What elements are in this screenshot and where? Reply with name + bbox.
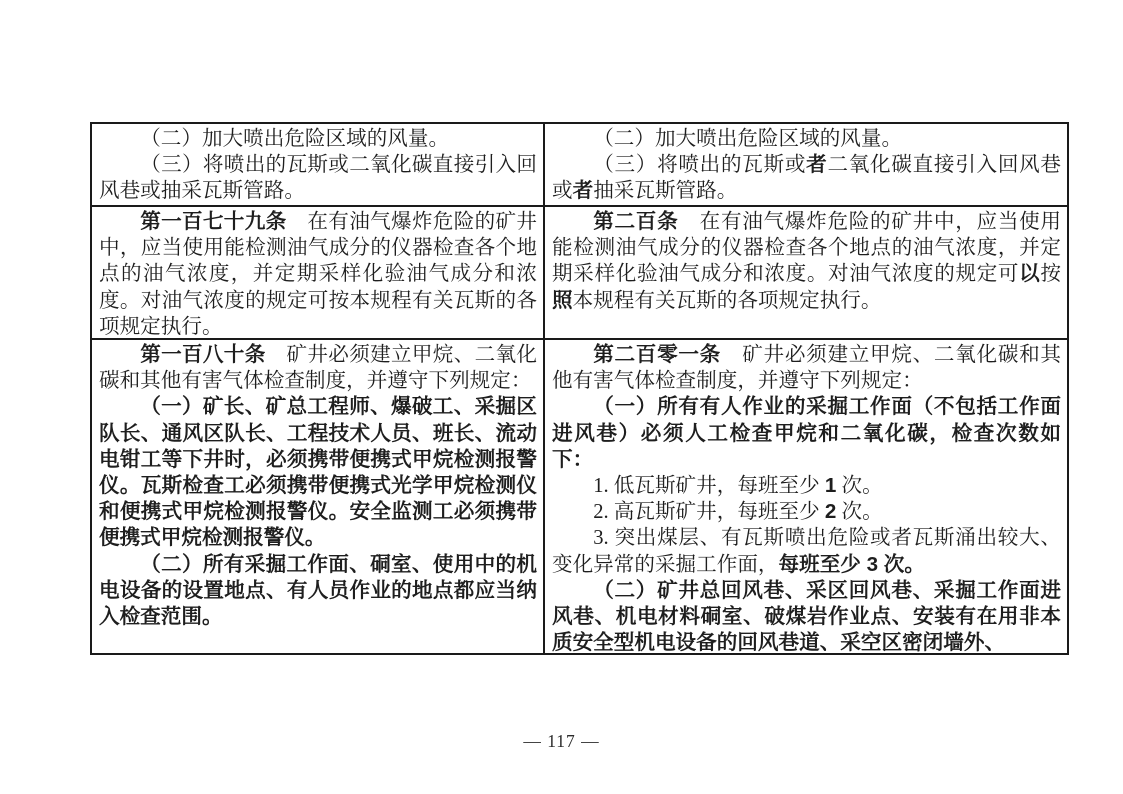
cell-content: （二）加大喷出危险区域的风量。（三）将喷出的瓦斯或者二氧化碳直接引入回风巷或者抽… [552,126,1061,205]
paragraph: 第一百八十条 矿井必须建立甲烷、二氧化碳和其他有害气体检查制度，并遵守下列规定： [99,342,537,394]
emphasized-text: 第二百条 [593,210,678,233]
emphasized-text: （一）所有有人作业的采掘工作面（不包括工作面进风巷）必须人工检查甲烷和二氧化碳，… [552,395,1061,470]
body-text: （二）加大喷出危险区域的风量。 [593,128,902,150]
table-row: （二）加大喷出危险区域的风量。（三）将喷出的瓦斯或二氧化碳直接引入回风巷或抽采瓦… [91,123,1068,206]
emphasized-text: 者 [573,179,594,202]
document-page: （二）加大喷出危险区域的风量。（三）将喷出的瓦斯或二氧化碳直接引入回风巷或抽采瓦… [0,0,1123,794]
table-row: 第一百七十九条 在有油气爆炸危险的矿井中，应当使用能检测油气成分的仪器检查各个地… [91,206,1068,339]
body-text: （二）加大喷出危险区域的风量。 [140,128,449,150]
emphasized-text: 第一百八十条 [140,343,265,366]
paragraph: 2. 高瓦斯矿井，每班至少 2 次。 [552,499,1061,525]
paragraph: 第二百条 在有油气爆炸危险的矿井中，应当使用能检测油气成分的仪器检查各个地点的油… [552,209,1061,314]
emphasized-text: 2 [825,500,836,523]
emphasized-text: 以 [1019,262,1040,285]
emphasized-text: （二）所有采掘工作面、硐室、使用中的机电设备的设置地点、有人员作业的地点都应当纳… [99,553,537,628]
cell-row2-right: 第二百条 在有油气爆炸危险的矿井中，应当使用能检测油气成分的仪器检查各个地点的油… [544,206,1068,339]
emphasized-text: 1 [825,474,836,497]
body-text: （三）将喷出的瓦斯或 [593,154,806,176]
cell-content: 第二百条 在有油气爆炸危险的矿井中，应当使用能检测油气成分的仪器检查各个地点的油… [552,209,1061,338]
emphasized-text: 第二百零一条 [593,343,721,366]
cell-content: 第一百八十条 矿井必须建立甲烷、二氧化碳和其他有害气体检查制度，并遵守下列规定：… [99,342,537,653]
paragraph: （二）加大喷出危险区域的风量。 [99,126,537,152]
emphasized-text: （一）矿长、矿总工程师、爆破工、采掘区队长、通风区队长、工程技术人员、班长、流动… [99,395,537,549]
paragraph: （三）将喷出的瓦斯或二氧化碳直接引入回风巷或抽采瓦斯管路。 [99,152,537,204]
emphasized-text: 者 [806,153,827,176]
cell-content: 第一百七十九条 在有油气爆炸危险的矿井中，应当使用能检测油气成分的仪器检查各个地… [99,209,537,338]
emphasized-text: 第一百七十九条 [140,210,286,233]
body-text: 次。 [836,501,882,523]
paragraph: 1. 低瓦斯矿井，每班至少 1 次。 [552,473,1061,499]
paragraph: （三）将喷出的瓦斯或者二氧化碳直接引入回风巷或者抽采瓦斯管路。 [552,152,1061,204]
paragraph: 第二百零一条 矿井必须建立甲烷、二氧化碳和其他有害气体检查制度，并遵守下列规定： [552,342,1061,394]
paragraph: （一）矿长、矿总工程师、爆破工、采掘区队长、通风区队长、工程技术人员、班长、流动… [99,394,537,551]
paragraph: （二）矿井总回风巷、采区回风巷、采掘工作面进风巷、机电材料硐室、破煤岩作业点、安… [552,578,1061,653]
emphasized-text: （二）矿井总回风巷、采区回风巷、采掘工作面进风巷、机电材料硐室、破煤岩作业点、安… [552,579,1061,653]
cell-row3-left: 第一百八十条 矿井必须建立甲烷、二氧化碳和其他有害气体检查制度，并遵守下列规定：… [91,339,544,654]
body-text: 抽采瓦斯管路。 [593,180,737,202]
cell-content: 第二百零一条 矿井必须建立甲烷、二氧化碳和其他有害气体检查制度，并遵守下列规定：… [552,342,1061,653]
cell-row1-left: （二）加大喷出危险区域的风量。（三）将喷出的瓦斯或二氧化碳直接引入回风巷或抽采瓦… [91,123,544,206]
paragraph: 3. 突出煤层、有瓦斯喷出危险或者瓦斯涌出较大、变化异常的采掘工作面，每班至少 … [552,525,1061,577]
cell-row2-left: 第一百七十九条 在有油气爆炸危险的矿井中，应当使用能检测油气成分的仪器检查各个地… [91,206,544,339]
paragraph: （二）所有采掘工作面、硐室、使用中的机电设备的设置地点、有人员作业的地点都应当纳… [99,552,537,631]
cell-content: （二）加大喷出危险区域的风量。（三）将喷出的瓦斯或二氧化碳直接引入回风巷或抽采瓦… [99,126,537,205]
comparison-table: （二）加大喷出危险区域的风量。（三）将喷出的瓦斯或二氧化碳直接引入回风巷或抽采瓦… [90,122,1069,655]
body-text: 2. 高瓦斯矿井，每班至少 [593,501,825,523]
body-text: 按 [1040,263,1061,285]
paragraph: （二）加大喷出危险区域的风量。 [552,126,1061,152]
cell-row1-right: （二）加大喷出危险区域的风量。（三）将喷出的瓦斯或者二氧化碳直接引入回风巷或者抽… [544,123,1068,206]
body-text: （三）将喷出的瓦斯或二氧化碳直接引入回风巷或抽采瓦斯管路。 [99,154,537,202]
emphasized-text: 照 [552,289,573,312]
paragraph: （一）所有有人作业的采掘工作面（不包括工作面进风巷）必须人工检查甲烷和二氧化碳，… [552,394,1061,473]
paragraph: 第一百七十九条 在有油气爆炸危险的矿井中，应当使用能检测油气成分的仪器检查各个地… [99,209,537,338]
body-text: 本规程有关瓦斯的各项规定执行。 [573,290,882,312]
emphasized-text: 每班至少 3 次。 [779,553,925,576]
cell-row3-right: 第二百零一条 矿井必须建立甲烷、二氧化碳和其他有害气体检查制度，并遵守下列规定：… [544,339,1068,654]
body-text: 1. 低瓦斯矿井，每班至少 [593,475,825,497]
table-row: 第一百八十条 矿井必须建立甲烷、二氧化碳和其他有害气体检查制度，并遵守下列规定：… [91,339,1068,654]
body-text: 次。 [836,475,882,497]
page-number: — 117 — [0,731,1123,752]
